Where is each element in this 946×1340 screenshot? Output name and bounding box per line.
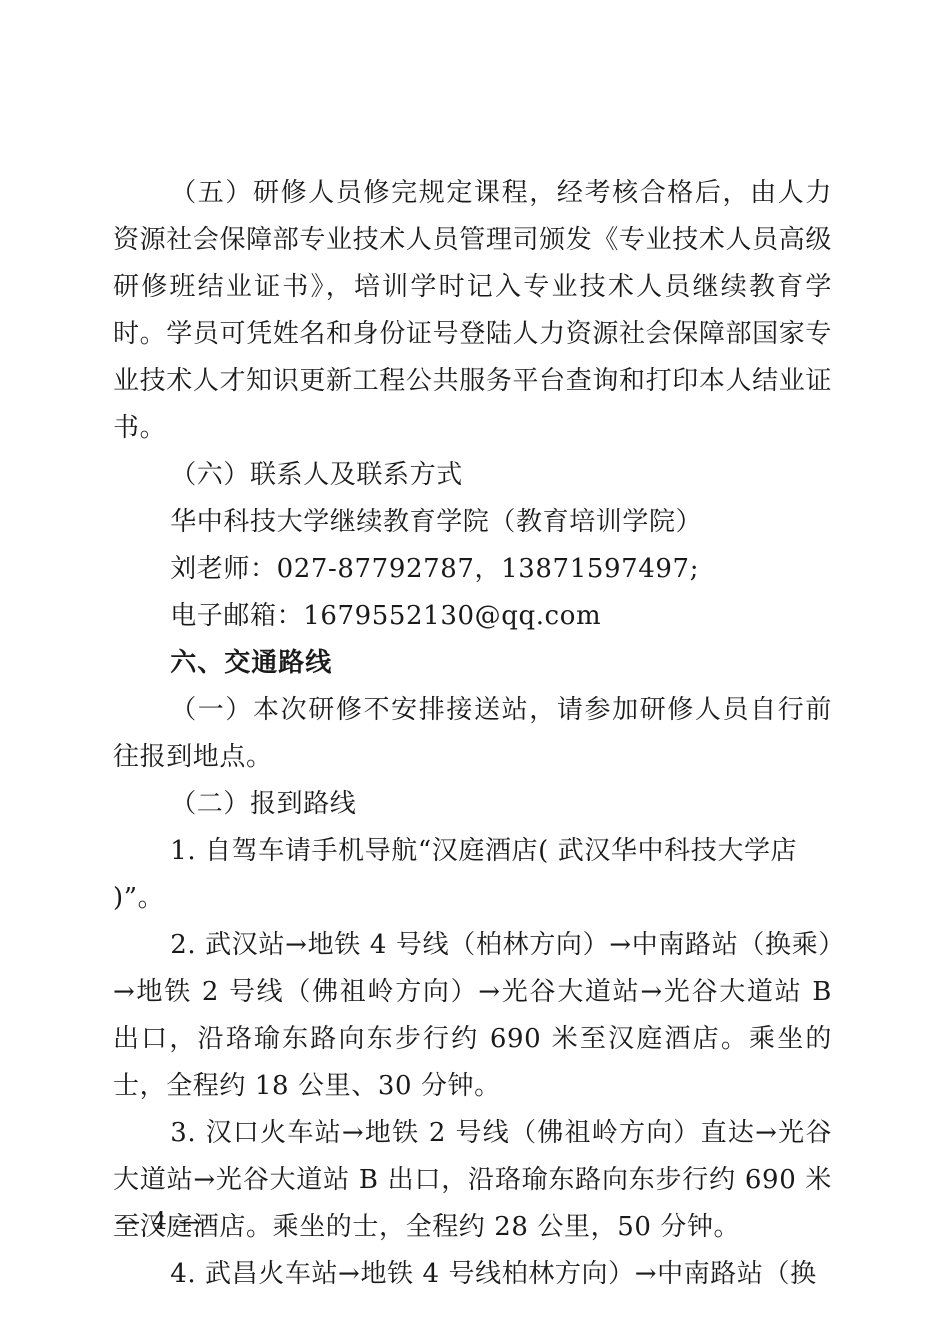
para-1-no-pickup: （一）本次研修不安排接送站，请参加研修人员自行前往报到地点。 (113, 687, 832, 781)
section-6-traffic-heading: 六、交通路线 (113, 640, 832, 687)
contact-phone-line: 刘老师：027-87792787，13871597497; (113, 546, 832, 593)
para-5-certificate: （五）研修人员修完规定课程，经考核合格后，由人力资源社会保障部专业技术人员管理司… (113, 170, 832, 452)
route-2-wuhan-station: 2. 武汉站→地铁 4 号线（柏林方向）→中南路站（换乘）→地铁 2 号线（佛祖… (113, 922, 832, 1110)
document-page: （五）研修人员修完规定课程，经考核合格后，由人力资源社会保障部专业技术人员管理司… (0, 0, 946, 1340)
route-4-wuchang-station: 4. 武昌火车站→地铁 4 号线柏林方向）→中南路站（换 (113, 1251, 832, 1298)
para-2-route-heading: （二）报到路线 (113, 781, 832, 828)
contact-organization-line: 华中科技大学继续教育学院（教育培训学院） (113, 499, 832, 546)
document-body: （五）研修人员修完规定课程，经考核合格后，由人力资源社会保障部专业技术人员管理司… (113, 170, 832, 1298)
route-3-hankou-station: 3. 汉口火车站→地铁 2 号线（佛祖岭方向）直达→光谷大道站→光谷大道站 B … (113, 1110, 832, 1251)
para-6-contact-heading: （六）联系人及联系方式 (113, 452, 832, 499)
contact-email-line: 电子邮箱：1679552130@qq.com (113, 593, 832, 640)
route-1-self-drive: 1. 自驾车请手机导航“汉庭酒店( 武汉华中科技大学店 )”。 (113, 828, 832, 922)
page-number: — 4 — (116, 1203, 205, 1239)
